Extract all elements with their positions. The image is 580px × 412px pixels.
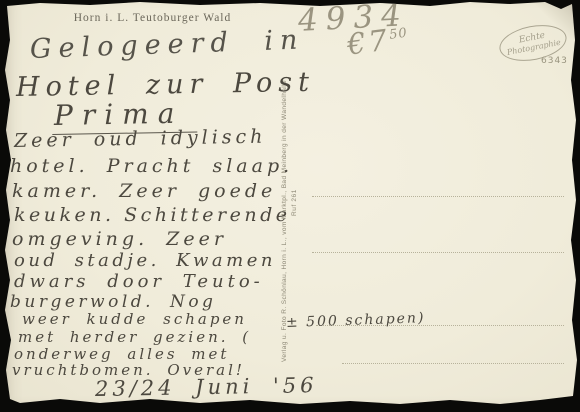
message-line: hotel. Pracht slaap. <box>10 155 293 177</box>
pencil-price-main: €7 <box>345 23 392 62</box>
message-line: Zeer oud idylisch <box>14 126 267 152</box>
address-line <box>342 363 564 364</box>
stamp-serial-number: 6343 <box>541 56 568 66</box>
message-line: weer kudde schapen <box>22 310 247 328</box>
address-line <box>312 196 564 197</box>
message-line: omgeving. Zeer <box>12 228 227 250</box>
message-date: 23/24 Juni '56 <box>95 373 318 401</box>
pencil-price-superscript: 50 <box>388 26 408 43</box>
message-line: oud stadje. Kwamen <box>14 250 276 271</box>
publisher-imprint: Verlag u. Foto R. Schönlau, Horn i. L., … <box>281 12 288 362</box>
message-line: met herder gezien. ( <box>18 328 251 346</box>
message-line: Gelogeerd in <box>29 24 304 65</box>
message-line: dwars door Teuto- <box>14 271 264 292</box>
message-line: keuken. Schitterende <box>14 204 291 226</box>
message-line: burgerwold. Nog <box>10 292 216 312</box>
message-line: kamer. Zeer goede <box>12 180 276 202</box>
pencil-price: €750 <box>345 20 410 61</box>
message-side-note: ± 500 schapen) <box>286 310 426 331</box>
address-line <box>312 252 564 253</box>
printed-caption: Horn i. L. Teutoburger Wald <box>55 12 250 24</box>
postcard-back: Horn i. L. Teutoburger Wald 4934 €750 Ec… <box>0 0 580 412</box>
postcard-scan: Horn i. L. Teutoburger Wald 4934 €750 Ec… <box>0 0 580 412</box>
